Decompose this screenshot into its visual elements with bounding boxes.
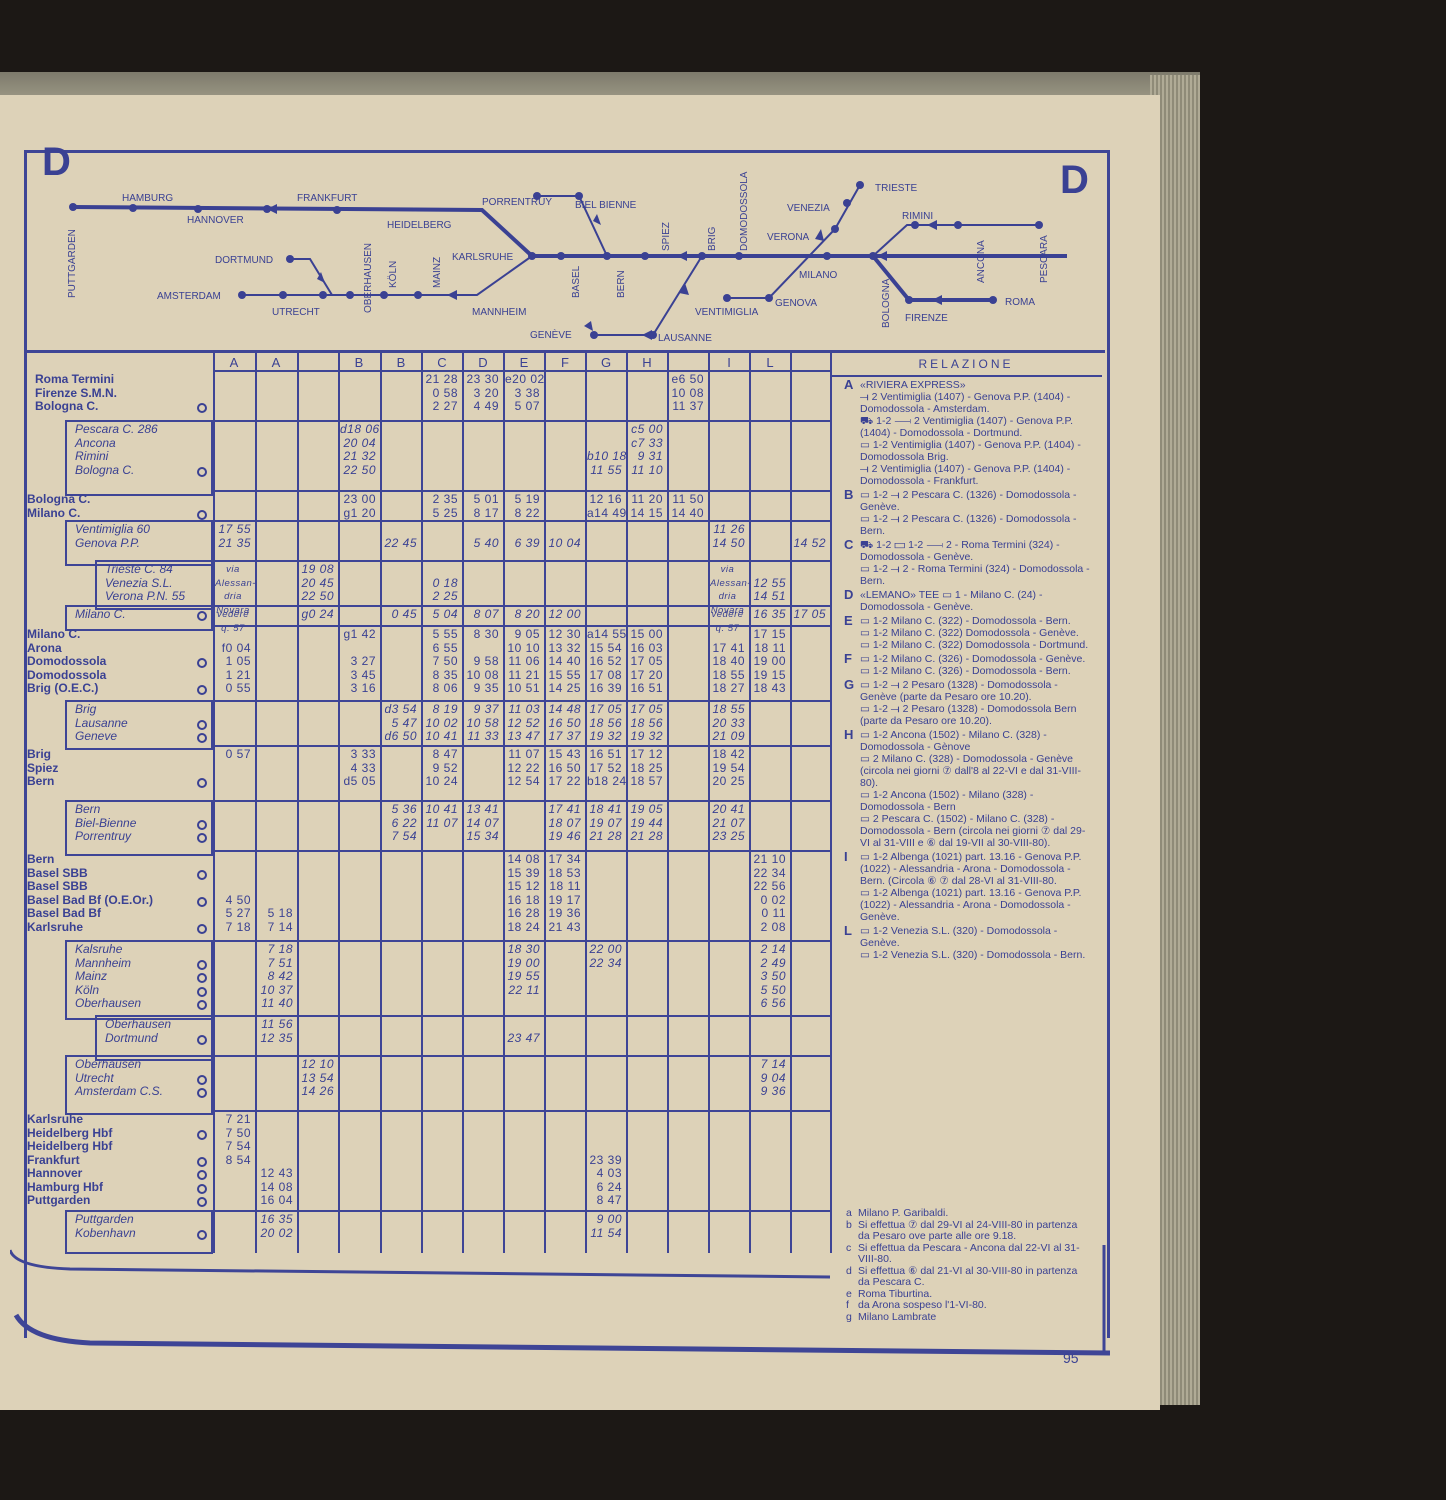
station-name: Oberhausen: [75, 997, 141, 1011]
column-header: D: [463, 355, 503, 370]
svg-text:HANNOVER: HANNOVER: [187, 215, 244, 226]
station-name: Mannheim: [75, 957, 131, 971]
time-cell: 12 16 a14 49: [587, 493, 622, 520]
time-cell: 14 48 16 50 17 37: [546, 703, 581, 744]
time-cell: f0 04 1 05 1 21 0 55: [215, 628, 251, 696]
station-name: Basel Bad Bf: [27, 907, 101, 921]
station-name: Trieste C. 84: [105, 563, 173, 577]
time-cell: 8 30 9 58 10 08 9 35: [464, 628, 499, 696]
svg-text:BOLOGNA: BOLOGNA: [881, 278, 892, 328]
station-name: Köln: [75, 984, 99, 998]
time-cell: 5 18 7 14: [257, 853, 293, 934]
relazione-line: ▭ 2 Pescara C. (1502) - Milano C. (328) …: [860, 813, 1094, 849]
time-cell: 19 05 19 44 21 28: [628, 803, 663, 844]
stop-circle-icon: [197, 987, 207, 997]
column-header: I: [709, 355, 749, 370]
column-header: E: [504, 355, 544, 370]
time-cell: 17 41 18 07 19 46: [546, 803, 581, 844]
station-name: Biel-Bienne: [75, 817, 136, 831]
column-header: F: [545, 355, 585, 370]
time-cell: 5 55 6 55 7 50 8 35 8 06: [423, 628, 458, 696]
svg-text:BASEL: BASEL: [571, 265, 582, 298]
route-map-diagram: HAMBURGFRANKFURTHANNOVERHEIDELBERG DORTM…: [27, 153, 1105, 350]
time-cell: 13 41 14 07 15 34: [464, 803, 499, 844]
station-name: Geneve: [75, 730, 117, 744]
station-name: Bern: [27, 853, 54, 867]
relazione-key: L: [844, 925, 852, 937]
time-cell: 15 00 16 03 17 05 17 20 16 51: [628, 628, 663, 696]
station-name: Ventimiglia 60: [75, 523, 150, 537]
station-name: Venezia S.L.: [105, 577, 173, 591]
relazione-key: F: [844, 653, 852, 665]
station-name: Bern: [27, 775, 54, 789]
time-cell: 8 19 10 02 10 41: [423, 703, 458, 744]
stop-circle-icon: [197, 658, 207, 668]
route-map: HAMBURGFRANKFURTHANNOVERHEIDELBERG DORTM…: [27, 153, 1105, 350]
svg-text:PORRENTRUY: PORRENTRUY: [482, 197, 552, 208]
station-name: Pescara C. 286: [75, 423, 158, 437]
time-cell: 6 39: [505, 523, 540, 550]
station-name: Puttgarden: [27, 1194, 90, 1208]
relazione-line: ▭ 1-2 Albenga (1021) part. 13.16 - Genov…: [860, 851, 1094, 887]
relazione-line: ⛟ 1-2 ⟞ 2 Ventimiglia (1407) - Genova P.…: [860, 415, 1094, 439]
stop-circle-icon: [197, 467, 207, 477]
stop-circle-icon: [197, 1184, 207, 1194]
stop-circle-icon: [197, 611, 207, 621]
column-rule: [297, 353, 299, 1253]
svg-text:GENOVA: GENOVA: [775, 298, 817, 309]
time-cell: 21 10 22 34 22 56 0 02 0 11 2 08: [751, 853, 786, 934]
relazione-line: ▭ 1-2 Milano C. (322) - Domodossola - Be…: [860, 615, 1094, 627]
column-rule: [749, 353, 751, 1253]
time-cell: 8 20: [505, 608, 540, 622]
relazione-title: RELAZIONE: [830, 353, 1102, 377]
station-name: Domodossola: [27, 655, 106, 669]
station-name: Oberhausen: [75, 1058, 141, 1072]
relazione-entry: B▭ 1-2 ⟞ 2 Pescara C. (1326) - Domodosso…: [830, 489, 1102, 537]
relazione-line: ⟞ 2 Ventimiglia (1407) - Genova P.P. (14…: [860, 463, 1094, 487]
stop-circle-icon: [197, 1170, 207, 1180]
time-cell: 11 03 12 52 13 47: [505, 703, 540, 744]
time-cell: g1 42 3 27 3 45 3 16: [340, 628, 376, 696]
svg-text:HEIDELBERG: HEIDELBERG: [387, 220, 452, 231]
relazione-line: ▭ 2 Milano C. (328) - Domodossola - Genè…: [860, 753, 1094, 789]
station-name: Karlsruhe: [27, 921, 83, 935]
svg-text:KARLSRUHE: KARLSRUHE: [452, 252, 513, 263]
column-header: C: [422, 355, 462, 370]
time-cell: 14 52: [792, 523, 826, 550]
time-cell: 16 35 20 02: [257, 1213, 293, 1240]
time-cell: 8 47 9 52 10 24: [423, 748, 458, 789]
svg-text:MILANO: MILANO: [799, 270, 838, 281]
station-name: Domodossola: [27, 669, 106, 683]
footnote: bSi effettua ⑦ dal 29-VI al 24-VIII-80 i…: [846, 1220, 1086, 1243]
column-rule: [338, 353, 340, 1253]
time-cell: 11 56 12 35: [257, 1018, 293, 1045]
time-cell: 7 14 9 04 9 36: [751, 1058, 786, 1099]
svg-text:LAUSANNE: LAUSANNE: [658, 333, 712, 344]
time-cell: 17 15 18 11 19 00 19 15 18 43: [751, 628, 786, 696]
block-rule: [213, 1110, 830, 1112]
svg-text:UTRECHT: UTRECHT: [272, 307, 320, 318]
time-cell: 2 14 2 49 3 50 5 50 6 56: [751, 943, 786, 1011]
station-name: Karlsruhe: [27, 1113, 83, 1127]
station-name: Milano C.: [27, 507, 80, 521]
stop-circle-icon: [197, 960, 207, 970]
station-name: Bern: [75, 803, 100, 817]
time-cell: 11 07 12 22 12 54: [505, 748, 540, 789]
time-cell: 23 00 g1 20: [340, 493, 376, 520]
svg-text:FIRENZE: FIRENZE: [905, 313, 948, 324]
time-cell: 12 30 13 32 14 40 15 55 14 25: [546, 628, 581, 696]
relazione-entry: G▭ 1-2 ⟞ 2 Pesaro (1328) - Domodossola -…: [830, 679, 1102, 727]
time-cell: 22 00 22 34: [587, 943, 622, 970]
time-cell: 9 00 11 54: [587, 1213, 622, 1240]
stop-circle-icon: [197, 778, 207, 788]
column-rule: [790, 353, 792, 1253]
time-cell: 17 12 18 25 18 57: [628, 748, 663, 789]
column-header: H: [627, 355, 667, 370]
relazione-line: ▭ 1-2 Ancona (1502) - Milano C. (328) - …: [860, 729, 1094, 753]
time-cell: 17 34 18 53 18 11 19 17 19 36 21 43: [546, 853, 581, 934]
relazione-entry: I▭ 1-2 Albenga (1021) part. 13.16 - Geno…: [830, 851, 1102, 923]
station-name: Basel SBB: [27, 880, 88, 894]
svg-text:BRIG: BRIG: [707, 226, 718, 251]
time-cell: 8 07: [464, 608, 499, 622]
relazione-line: ▭ 1-2 ⟞ 2 Pescara C. (1326) - Domodossol…: [860, 513, 1094, 537]
time-cell: 17 05: [792, 608, 826, 622]
stop-circle-icon: [197, 897, 207, 907]
relazione-line: ▭ 1-2 Milano C. (326) - Domodossola - Be…: [860, 665, 1094, 677]
svg-text:DORTMUND: DORTMUND: [215, 255, 273, 266]
station-name: Ancona: [75, 437, 116, 451]
relazione-key: B: [844, 489, 853, 501]
time-cell: 9 37 10 58 11 33: [464, 703, 499, 744]
footnote-key: a: [846, 1208, 852, 1220]
stop-circle-icon: [197, 1130, 207, 1140]
stop-circle-icon: [197, 510, 207, 520]
column-header: A: [214, 355, 254, 370]
relazione-entry: L▭ 1-2 Venezia S.L. (320) - Domodossola …: [830, 925, 1102, 961]
column-header: A: [256, 355, 296, 370]
stop-circle-icon: [197, 973, 207, 983]
stop-circle-icon: [197, 1075, 207, 1085]
station-name: Oberhausen: [105, 1018, 171, 1032]
time-cell: 16 35: [751, 608, 786, 622]
column-header: L: [750, 355, 790, 370]
station-name: Brig (O.E.C.): [27, 682, 98, 696]
station-name: Spiez: [27, 762, 58, 776]
station-name: Frankfurt: [27, 1154, 80, 1168]
stop-circle-icon: [197, 1157, 207, 1167]
time-cell: 14 08 15 39 15 12 16 18 16 28 18 24: [505, 853, 540, 934]
svg-text:BERN: BERN: [616, 270, 627, 298]
relazione-line: ▭ 1-2 Venezia S.L. (320) - Domodossola -…: [860, 925, 1094, 949]
station-name: Heidelberg Hbf: [27, 1127, 112, 1141]
relazione-key: C: [844, 539, 853, 551]
time-cell: 11 26 14 50: [710, 523, 745, 550]
relazione-entry: A«RIVIERA EXPRESS»⟞ 2 Ventimiglia (1407)…: [830, 379, 1102, 487]
svg-text:RIMINI: RIMINI: [902, 211, 933, 222]
time-cell: 0 18 2 25: [423, 563, 458, 604]
time-cell: 10 04: [546, 523, 581, 550]
relazione-line: ▭ 1-2 Venezia S.L. (320) - Domodossola -…: [860, 949, 1094, 961]
relazione-line: ▭ 1-2 Milano C. (322) Domodossola - Genè…: [860, 627, 1094, 639]
time-cell: 17 05 18 56 19 32: [587, 703, 622, 744]
footnote-text: Milano P. Garibaldi.: [858, 1207, 948, 1219]
relazione-key: E: [844, 615, 853, 627]
relazione-key: G: [844, 679, 854, 691]
stop-circle-icon: [197, 924, 207, 934]
time-cell: 0 45: [382, 608, 417, 622]
time-cell: 9 05 10 10 11 06 11 21 10 51: [505, 628, 540, 696]
time-cell: 4 50 5 27 7 18: [215, 853, 251, 934]
time-cell: 18 30 19 00 19 55 22 11: [505, 943, 540, 997]
time-cell: e6 50 10 08 11 37: [669, 373, 704, 414]
column-rule: [503, 353, 505, 1253]
svg-text:SPIEZ: SPIEZ: [661, 222, 672, 251]
time-cell: d18 06 20 04 21 32 22 50: [340, 423, 376, 477]
time-cell: 10 41 11 07: [423, 803, 458, 830]
relazione-line: ⟞ 2 Ventimiglia (1407) - Genova P.P. (14…: [860, 391, 1094, 415]
time-cell: 12 55 14 51: [751, 563, 786, 604]
time-cell: e20 02 3 38 5 07: [505, 373, 540, 414]
svg-text:MANNHEIM: MANNHEIM: [472, 307, 526, 318]
relazione-entry: F▭ 1-2 Milano C. (326) - Domodossola - G…: [830, 653, 1102, 677]
relazione-entries: A«RIVIERA EXPRESS»⟞ 2 Ventimiglia (1407)…: [830, 379, 1102, 961]
svg-text:VENEZIA: VENEZIA: [787, 203, 830, 214]
svg-text:VERONA: VERONA: [767, 232, 810, 243]
time-cell: 18 41 19 07 21 28: [587, 803, 622, 844]
station-name: Amsterdam C.S.: [75, 1085, 163, 1099]
station-name: Dortmund: [105, 1032, 158, 1046]
stop-circle-icon: [197, 1035, 207, 1045]
relazione-line: ▭ 1-2 ⟞ 2 Pesaro (1328) - Domodossola - …: [860, 679, 1094, 703]
svg-text:TRIESTE: TRIESTE: [875, 183, 918, 194]
stop-circle-icon: [197, 1197, 207, 1207]
stop-circle-icon: [197, 733, 207, 743]
relazione-line: ▭ 1-2 Ventimiglia (1407) - Genova P.P. (…: [860, 439, 1094, 463]
relazione-key: A: [844, 379, 853, 391]
station-name: Brig: [27, 748, 51, 762]
station-name: Hannover: [27, 1167, 82, 1181]
station-name: Brig: [75, 703, 96, 717]
svg-text:BIEL BIENNE: BIEL BIENNE: [575, 200, 637, 211]
time-cell: 5 01 8 17: [464, 493, 499, 520]
station-name: Rimini: [75, 450, 108, 464]
time-cell: 12 10 13 54 14 26: [299, 1058, 334, 1099]
time-cell: g0 24: [299, 608, 334, 622]
column-header: G: [586, 355, 626, 370]
time-cell: 11 50 14 40: [669, 493, 704, 520]
svg-text:ROMA: ROMA: [1005, 297, 1035, 308]
svg-text:KÖLN: KÖLN: [387, 261, 399, 288]
station-name: Bologna C.: [35, 400, 98, 414]
relazione-line: ▭ 1-2 ⟞ 2 - Roma Termini (324) - Domodos…: [860, 563, 1094, 587]
svg-text:ANCONA: ANCONA: [976, 240, 987, 283]
page-number: 95: [1063, 1350, 1079, 1366]
station-name: Utrecht: [75, 1072, 114, 1086]
time-cell: 20 41 21 07 23 25: [710, 803, 745, 844]
time-cell: 5 04: [423, 608, 458, 622]
svg-text:VENTIMIGLIA: VENTIMIGLIA: [695, 307, 759, 318]
time-cell: 11 20 14 15: [628, 493, 663, 520]
time-cell: 15 43 16 50 17 22: [546, 748, 581, 789]
stop-circle-icon: [197, 1230, 207, 1240]
time-cell: d3 54 5 47 d6 50: [382, 703, 417, 744]
station-name: Hamburg Hbf: [27, 1181, 103, 1195]
svg-text:AMSTERDAM: AMSTERDAM: [157, 291, 221, 302]
column-rule: [667, 353, 669, 1253]
stop-circle-icon: [197, 870, 207, 880]
svg-text:OBERHAUSEN: OBERHAUSEN: [363, 243, 374, 313]
time-cell: 16 51 17 52 b18 24: [587, 748, 622, 789]
time-cell: 2 35 5 25: [423, 493, 458, 520]
svg-text:DOMODOSSOLA: DOMODOSSOLA: [739, 171, 750, 251]
relazione-line: ⛟ 1-2 ▭ 1-2 ⟞ 2 - Roma Termini (324) - D…: [860, 539, 1094, 563]
relazione-line: ▭ 1-2 Milano C. (322) Domodossola - Dort…: [860, 639, 1094, 651]
column-header: B: [339, 355, 379, 370]
svg-text:PUTTGARDEN: PUTTGARDEN: [67, 229, 78, 298]
station-name: Mainz: [75, 970, 107, 984]
svg-text:MAINZ: MAINZ: [432, 257, 443, 288]
station-name: Kobenhavn: [75, 1227, 136, 1241]
time-cell: 12 00: [546, 608, 581, 622]
relazione-entry: C⛟ 1-2 ▭ 1-2 ⟞ 2 - Roma Termini (324) - …: [830, 539, 1102, 587]
station-name: Bologna C.: [75, 464, 134, 478]
time-cell: 17 55 21 35: [215, 523, 251, 550]
stop-circle-icon: [197, 1088, 207, 1098]
relazione-entry: E▭ 1-2 Milano C. (322) - Domodossola - B…: [830, 615, 1102, 651]
relazione-line: ▭ 1-2 ⟞ 2 Pescara C. (1326) - Domodossol…: [860, 489, 1094, 513]
relazione-key: I: [844, 851, 848, 863]
stop-circle-icon: [197, 833, 207, 843]
station-name: Bologna C.: [27, 493, 90, 507]
station-name: Basel Bad Bf (O.E.Or.): [27, 894, 153, 908]
stop-circle-icon: [197, 403, 207, 413]
station-name: Puttgarden: [75, 1213, 134, 1227]
station-name: Genova P.P.: [75, 537, 140, 551]
stop-circle-icon: [197, 685, 207, 695]
time-cell: a14 55 15 54 16 52 17 08 16 39: [587, 628, 622, 696]
relazione-entry: H▭ 1-2 Ancona (1502) - Milano C. (328) -…: [830, 729, 1102, 849]
station-name: Lausanne: [75, 717, 128, 731]
time-cell: 5 36 6 22 7 54: [382, 803, 417, 844]
station-name: Roma Termini: [35, 373, 114, 387]
station-name: Basel SBB: [27, 867, 88, 881]
footnote-key: b: [846, 1220, 852, 1232]
time-cell: b10 18 11 55: [587, 423, 622, 477]
time-cell: 21 28 0 58 2 27: [423, 373, 458, 414]
relazione-line: ▭ 1-2 Albenga (1021) part. 13.16 - Genov…: [860, 887, 1094, 923]
station-name: Kalsruhe: [75, 943, 122, 957]
station-name: Firenze S.M.N.: [35, 387, 117, 401]
time-cell: c5 00 c7 33 9 31 11 10: [628, 423, 663, 477]
station-name: Porrentruy: [75, 830, 131, 844]
time-cell: 23 47: [505, 1018, 540, 1045]
relazione-line: ▭ 1-2 Milano C. (326) - Domodossola - Ge…: [860, 653, 1094, 665]
time-cell: 23 30 3 20 4 49: [464, 373, 499, 414]
timetable-grid: AABBCDEFGHILRoma TerminiFirenze S.M.N.Bo…: [27, 353, 830, 1253]
bottom-border: [10, 1245, 1110, 1365]
time-cell: 22 45: [382, 523, 417, 550]
time-cell: 18 42 19 54 20 25: [710, 748, 745, 789]
station-name: Verona P.N. 55: [105, 590, 185, 604]
relazione-line: ▭ 1-2 ⟞ 2 Pesaro (1328) - Domodossola Be…: [860, 703, 1094, 727]
relazione-divider: [830, 353, 832, 1253]
stop-circle-icon: [197, 720, 207, 730]
time-cell: 7 18 7 51 8 42 10 37 11 40: [257, 943, 293, 1011]
relazione-line: ▭ 1-2 Ancona (1502) - Milano (328) - Dom…: [860, 789, 1094, 813]
time-cell: 5 19 8 22: [505, 493, 540, 520]
svg-text:GENÈVE: GENÈVE: [530, 328, 572, 341]
time-cell: 17 05 18 56 19 32: [628, 703, 663, 744]
stop-circle-icon: [197, 1000, 207, 1010]
time-cell: 3 33 4 33 d5 05: [340, 748, 376, 789]
svg-text:FRANKFURT: FRANKFURT: [297, 193, 357, 204]
relazione-key: D: [844, 589, 853, 601]
column-header: B: [381, 355, 421, 370]
relazione-entry: D«LEMANO» TEE ▭ 1 - Milano C. (24) - Dom…: [830, 589, 1102, 613]
relazione-line: «RIVIERA EXPRESS»: [860, 379, 1094, 391]
time-cell: 0 57: [215, 748, 251, 762]
time-cell: 7 21 7 50 7 54 8 54: [215, 1113, 251, 1167]
time-cell: 18 55 20 33 21 09: [710, 703, 745, 744]
time-cell: 12 43 14 08 16 04: [257, 1113, 293, 1208]
time-cell: 5 40: [464, 523, 499, 550]
svg-text:HAMBURG: HAMBURG: [122, 193, 173, 204]
station-name: Milano C.: [27, 628, 80, 642]
relazione-panel: RELAZIONE A«RIVIERA EXPRESS»⟞ 2 Ventimig…: [830, 353, 1102, 961]
time-cell: 17 41 18 40 18 55 18 27: [710, 628, 745, 696]
station-name: Milano C.: [75, 608, 126, 622]
svg-text:PESCARA: PESCARA: [1039, 235, 1050, 283]
relazione-line: «LEMANO» TEE ▭ 1 - Milano C. (24) - Domo…: [860, 589, 1094, 613]
station-name: Heidelberg Hbf: [27, 1140, 112, 1154]
time-cell: 23 39 4 03 6 24 8 47: [587, 1113, 622, 1208]
station-name: Arona: [27, 642, 62, 656]
stop-circle-icon: [197, 820, 207, 830]
time-cell: 19 08 20 45 22 50: [299, 563, 334, 604]
footnote-text: Si effettua ⑦ dal 29-VI al 24-VIII-80 in…: [858, 1219, 1077, 1243]
relazione-key: H: [844, 729, 853, 741]
